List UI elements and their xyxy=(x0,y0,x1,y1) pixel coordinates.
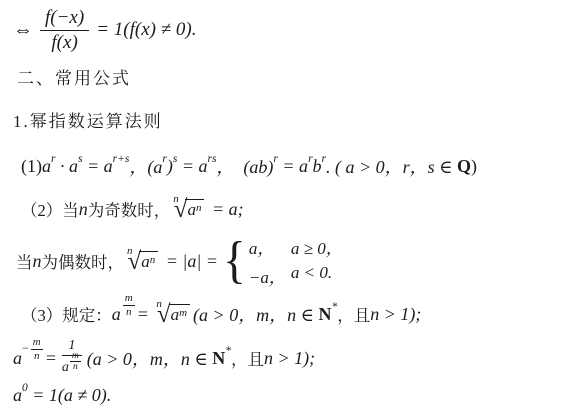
text-after-var: 为奇数时， xyxy=(88,197,171,221)
case-condition: a ≥ 0， xyxy=(291,234,343,259)
exponent: r xyxy=(51,153,55,165)
fraction-denominator: a m n xyxy=(62,356,82,379)
rule2-even-line: 当n为偶数时， n √ an = |a| = { a，a ≥ 0， −a，a <… xyxy=(16,231,343,291)
exponent: s xyxy=(173,153,177,165)
condition-mid: ，且 xyxy=(337,302,370,326)
case-value: a， xyxy=(249,234,291,259)
closing-paren: ) xyxy=(471,156,477,177)
condition-close: n > 1); xyxy=(370,304,421,325)
rational-set-symbol: Q xyxy=(457,156,471,177)
case-value: −a， xyxy=(249,263,291,288)
radicand-base: a xyxy=(141,252,150,271)
denominator-exponent-fraction: m n xyxy=(70,351,81,373)
nth-root: n √ an xyxy=(127,249,158,274)
root-index: n xyxy=(156,298,162,310)
math-text: a xyxy=(42,156,51,177)
exponent: r+s xyxy=(113,153,130,165)
radicand-exponent: n xyxy=(196,202,202,214)
variable-n: n xyxy=(33,251,42,272)
radicand: an xyxy=(139,251,158,272)
case-condition: a < 0. xyxy=(291,263,332,288)
root-index: n xyxy=(173,193,179,205)
rule3-negative-line: a − m n = 1 a m n (a > 0，m，n ∈ N*，且n > 1… xyxy=(13,333,315,383)
nth-root: n √ am xyxy=(156,302,190,327)
math-document-page: ⇔ f(−x) f(x) = 1(f(x) ≠ 0). 二、常用公式 1.幂指数… xyxy=(0,0,579,412)
math-text: b xyxy=(313,156,322,177)
case-row: a，a ≥ 0， xyxy=(249,234,343,259)
exponent-denominator: n xyxy=(73,362,78,372)
condition-open: (a > 0，m，n ∈ xyxy=(87,345,212,371)
exponent: r xyxy=(322,153,326,165)
math-text: ，(a xyxy=(129,153,162,179)
variable-n: n xyxy=(79,199,88,220)
radicand-exponent: m xyxy=(179,307,187,319)
nth-root: n √ an xyxy=(173,197,204,222)
radicand-exponent: n xyxy=(150,254,156,266)
radicand-base: a xyxy=(187,200,196,219)
sub-heading-line: 1.幂指数运算法则 xyxy=(13,107,163,132)
condition-mid: ，且 xyxy=(231,346,264,370)
rule1-label: (1) xyxy=(21,156,42,177)
negative-exponent-fraction: − m n xyxy=(22,336,45,361)
radicand: an xyxy=(185,199,204,220)
exponent-numerator: m xyxy=(31,336,43,349)
base-a: a xyxy=(13,348,22,369)
natural-set-symbol: N xyxy=(212,348,225,369)
radicand: am xyxy=(169,304,190,325)
condition-open: (a > 0，m，n ∈ xyxy=(193,301,318,327)
set-superscript: * xyxy=(332,301,338,313)
text-before-var: 当 xyxy=(16,249,33,273)
rule-zero-line: a0 = 1(a ≠ 0). xyxy=(13,379,111,411)
rule1-line: (1) ar · as = ar+s ，(ar )s = ars ， (ab)r… xyxy=(21,150,477,182)
natural-set-symbol: N xyxy=(319,304,332,325)
rule2-label: （2） xyxy=(21,197,62,221)
minus-sign: − xyxy=(22,341,29,356)
rule2-tail: = a; xyxy=(207,199,243,220)
abs-equality: = |a| = xyxy=(161,251,218,272)
fraction-fx: f(−x) f(x) xyxy=(40,7,89,53)
condition-close: n > 1); xyxy=(264,348,315,369)
rule3-line: （3）规定： a m n = n √ am (a > 0，m，n ∈ N*，且n… xyxy=(21,292,421,336)
text-before-var: 当 xyxy=(62,197,79,221)
base-a: a xyxy=(13,385,22,406)
reciprocal-fraction: 1 a m n xyxy=(62,338,82,379)
sub-heading: 1.幂指数运算法则 xyxy=(13,107,163,132)
base-a: a xyxy=(112,304,121,325)
section-heading: 二、常用公式 xyxy=(17,64,131,89)
equation-tail: = 1(f(x) ≠ 0). xyxy=(96,19,196,41)
exponent: r xyxy=(162,153,166,165)
section-heading-line: 二、常用公式 xyxy=(17,64,131,89)
math-text: ， (ab) xyxy=(216,153,273,179)
fraction-numerator: f(−x) xyxy=(40,7,89,30)
math-text: · a xyxy=(55,156,78,177)
cases-brace: { xyxy=(223,236,246,285)
exponent: s xyxy=(78,153,82,165)
root-index: n xyxy=(127,245,133,257)
set-superscript: * xyxy=(225,345,231,357)
intro-equivalence-line: ⇔ f(−x) f(x) = 1(f(x) ≠ 0). xyxy=(13,5,196,55)
rule-zero-tail: = 1(a ≠ 0). xyxy=(28,385,112,406)
math-text: = a xyxy=(278,156,308,177)
radicand-base: a xyxy=(171,305,180,324)
rule1-condition: . ( a > 0，r，s ∈ xyxy=(326,153,457,179)
exponent-numerator: m xyxy=(70,351,81,362)
exponent-fraction: m n xyxy=(123,292,135,317)
fraction-denominator: f(x) xyxy=(51,31,77,53)
exponent: r xyxy=(308,153,312,165)
rule3-label: （3）规定： xyxy=(21,302,112,326)
exponent-numerator: m xyxy=(123,292,135,305)
math-text: = a xyxy=(177,156,207,177)
math-text: = a xyxy=(82,156,112,177)
exponent-denominator: n xyxy=(126,306,132,318)
equals: = xyxy=(137,304,154,325)
exponent: r xyxy=(273,153,277,165)
piecewise-cases: a，a ≥ 0， −a，a < 0. xyxy=(249,234,343,288)
exponent-zero: 0 xyxy=(22,382,28,394)
exponent-denominator: n xyxy=(34,350,40,362)
rule2-odd-line: （2）当n为奇数时， n √ an = a; xyxy=(21,190,244,228)
equals: = xyxy=(45,348,57,369)
text-after-var: 为偶数时， xyxy=(42,249,125,273)
case-row: −a，a < 0. xyxy=(249,263,343,288)
iff-arrow: ⇔ xyxy=(13,19,33,42)
exponent-fraction: m n xyxy=(31,336,43,361)
denominator-base: a xyxy=(62,360,69,376)
exponent: rs xyxy=(207,153,216,165)
